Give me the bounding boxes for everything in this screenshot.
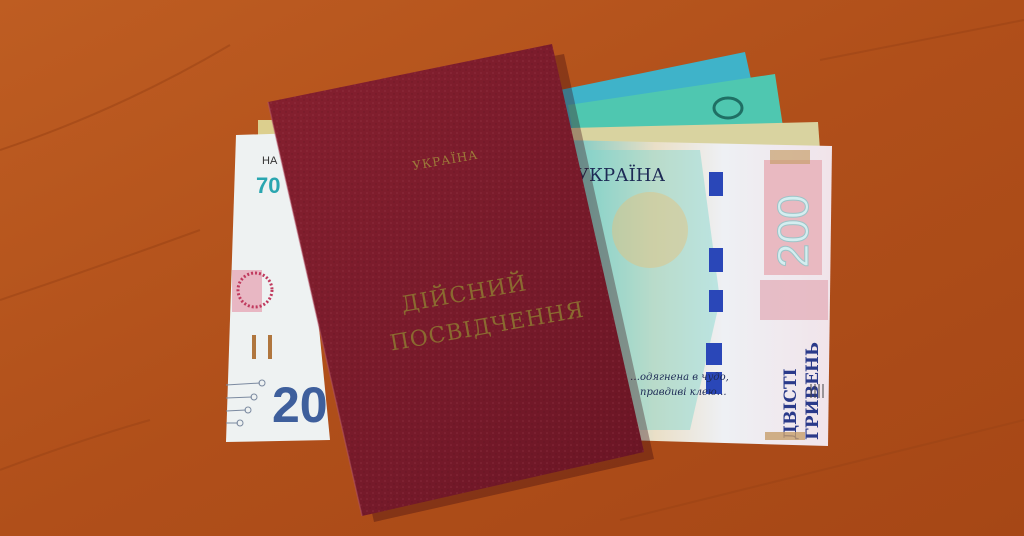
banknote-words-line1: ДВІСТІ bbox=[781, 368, 801, 440]
banknote-poem-line1: …одягнена в чудо, bbox=[630, 372, 729, 383]
banknote-denomination: 200 bbox=[769, 195, 818, 268]
photo-scene: НА 70 20 УКРАЇНА 200 ДВІСТІ ГРИВЕНЬ bbox=[0, 0, 1024, 536]
banknote-poem-line2: правдиві клею… bbox=[640, 387, 727, 398]
banknote-words-line2: ГРИВЕНЬ bbox=[803, 342, 823, 440]
banknote-left-header: НА bbox=[262, 155, 278, 167]
banknote-left-top: 70 bbox=[256, 173, 280, 198]
photo-canvas: НА 70 20 УКРАЇНА 200 ДВІСТІ ГРИВЕНЬ bbox=[0, 0, 1024, 536]
banknote-left-denomination: 20 bbox=[272, 377, 328, 433]
